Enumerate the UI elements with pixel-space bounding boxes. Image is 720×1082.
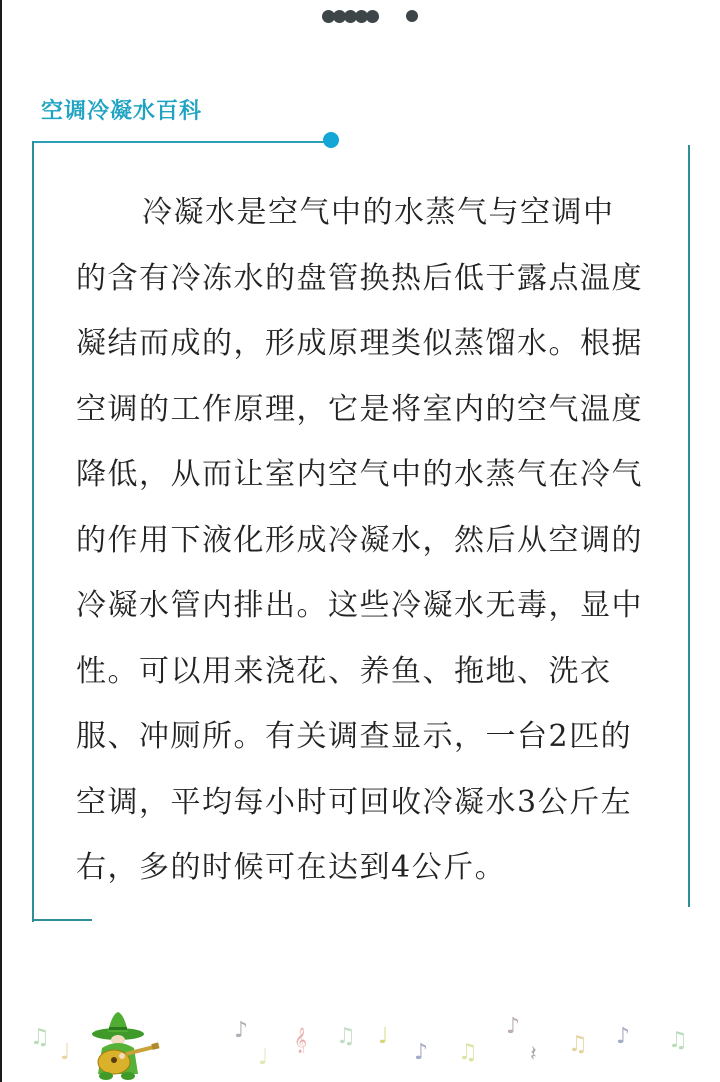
music-note-icon: 𝄞 xyxy=(294,1028,307,1053)
article-line: 空调的工作原理，它是将室内的空气温度 xyxy=(76,377,656,443)
music-note-icon: ♩ xyxy=(378,1024,388,1049)
article-line: 凝结而成的，形成原理类似蒸馏水。根据 xyxy=(76,311,656,377)
music-note-icon: ♫ xyxy=(30,1025,50,1050)
frame-right-line xyxy=(688,145,690,907)
article-line: 降低，从而让室内空气中的水蒸气在冷气 xyxy=(76,442,656,508)
music-note-icon: ♪ xyxy=(414,1040,428,1065)
music-note-icon: 𝄽 xyxy=(530,1042,537,1067)
music-note-icon: ♫ xyxy=(458,1040,478,1065)
article-line: 性。可以用来浇花、养鱼、拖地、洗衣 xyxy=(76,639,656,705)
section-title: 空调冷凝水百科 xyxy=(41,94,202,125)
footer-music-decoration: ♫♩♪♩𝄞♫♩♪♫♪𝄽♫♪♫ xyxy=(0,1000,720,1082)
pager-dot-single xyxy=(406,10,418,22)
pager-dots xyxy=(322,9,418,23)
article-line: 冷凝水管内排出。这些冷凝水无毒，显中 xyxy=(76,573,656,639)
frame-top-line xyxy=(32,141,330,143)
page-left-edge xyxy=(0,0,2,1082)
music-note-icon: ♫ xyxy=(668,1028,688,1053)
music-note-icon: ♫ xyxy=(568,1032,588,1057)
frame-bottom-line xyxy=(32,919,92,921)
article-line: 的含有冷冻水的盘管换热后低于露点温度 xyxy=(76,246,656,312)
music-note-icon: ♩ xyxy=(258,1045,268,1070)
music-note-icon: ♪ xyxy=(616,1024,630,1049)
music-note-icon: ♫ xyxy=(336,1024,356,1049)
music-note-icon: ♩ xyxy=(60,1040,70,1065)
frame-dot-icon xyxy=(323,132,339,148)
article-line: 的作用下液化形成冷凝水，然后从空调的 xyxy=(76,508,656,574)
article-line: 空调，平均每小时可回收冷凝水3公斤左 xyxy=(76,770,656,836)
music-note-icon: ♪ xyxy=(234,1018,248,1043)
article-line: 服、冲厕所。有关调查显示，一台2匹的 xyxy=(76,704,656,770)
article-body: 冷凝水是空气中的水蒸气与空调中 的含有冷冻水的盘管换热后低于露点温度 凝结而成的… xyxy=(76,180,656,901)
article-line: 冷凝水是空气中的水蒸气与空调中 xyxy=(76,180,656,246)
pager-dot xyxy=(366,10,379,23)
article-line: 右，多的时候可在达到4公斤。 xyxy=(76,835,656,901)
guitar-player-icon xyxy=(88,1008,168,1082)
frame-left-line xyxy=(32,141,34,922)
music-note-icon: ♪ xyxy=(506,1014,520,1039)
